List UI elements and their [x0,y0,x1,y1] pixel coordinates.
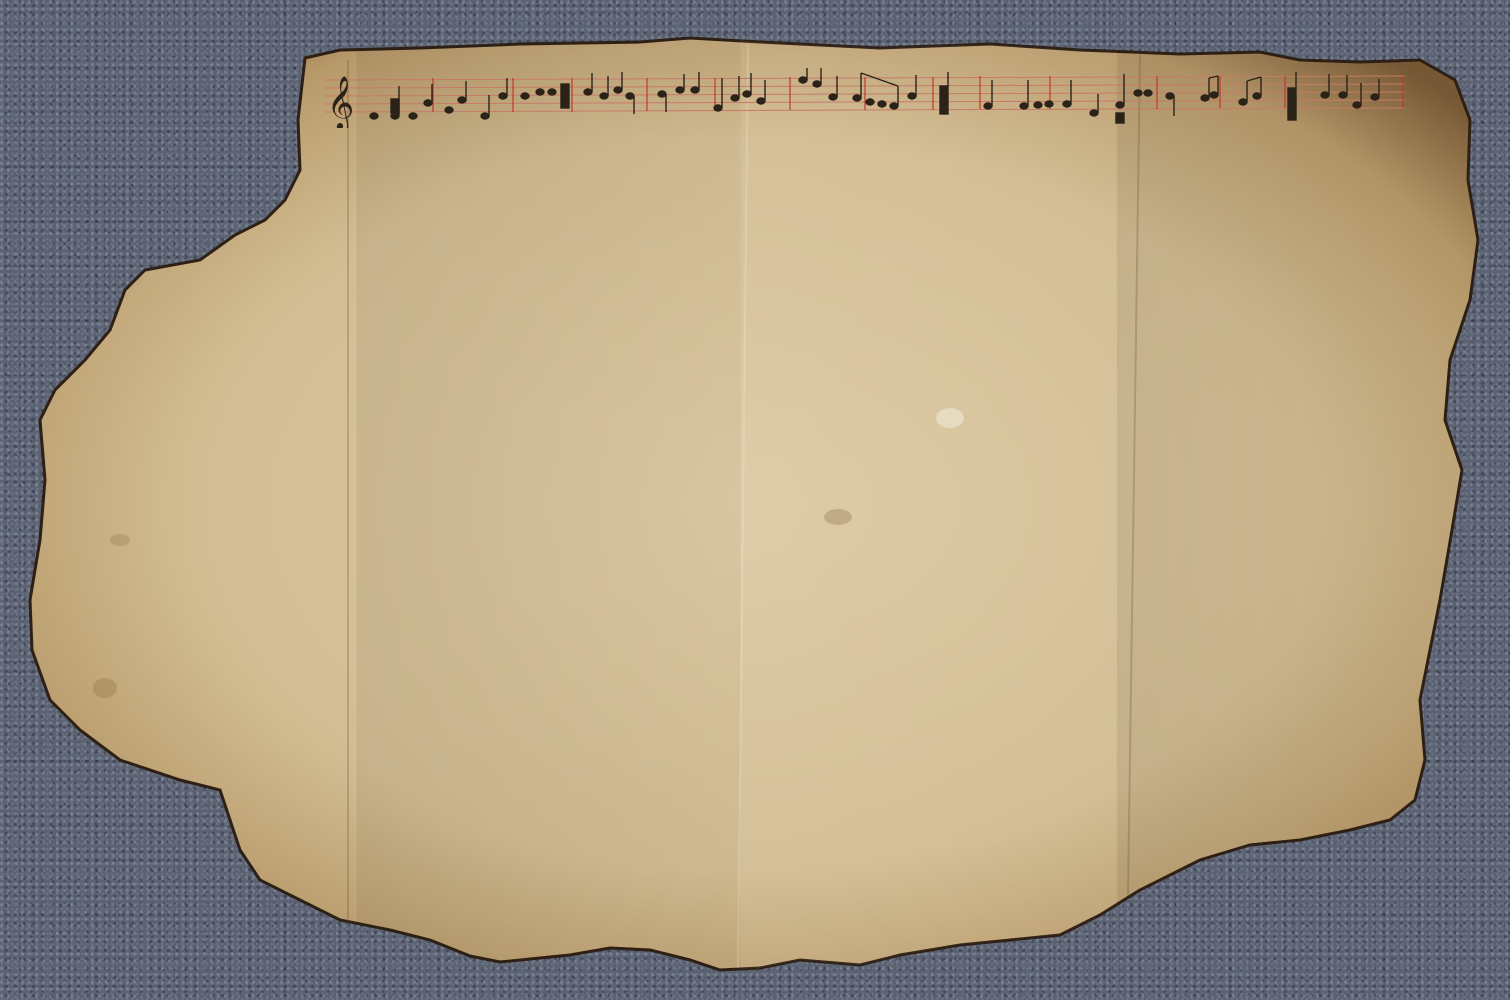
burnt-paper: 𝄞 [0,0,1510,1000]
treble-clef-icon: 𝄞 [327,75,354,128]
stain [936,408,964,428]
stain [824,509,852,525]
stain [93,678,117,698]
stain [110,534,130,546]
paper-shape [0,0,1510,1000]
music-staff: 𝄞 [325,68,1405,128]
